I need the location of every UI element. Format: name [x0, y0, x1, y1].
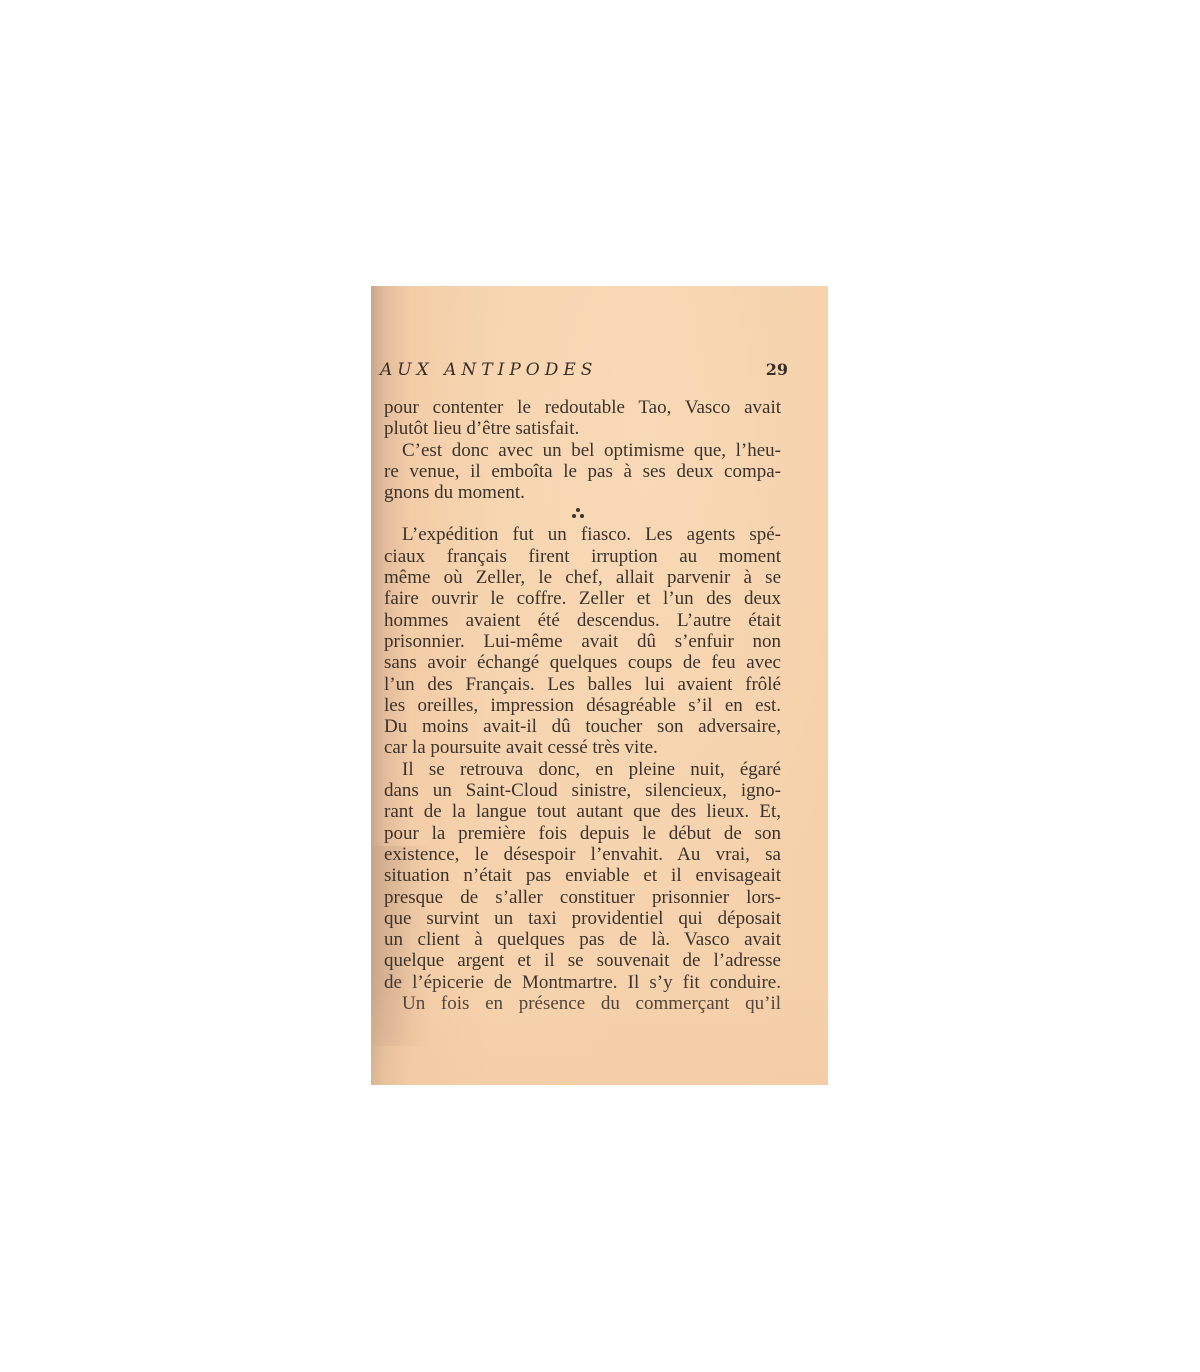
ornament-dot	[572, 514, 576, 518]
text-line: quelque argent et il se souvenait de l’a…	[384, 950, 781, 971]
body-text: pour contenter le redoutable Tao, Vasco …	[384, 397, 781, 1014]
text-line: gnons du moment.	[384, 482, 781, 503]
section-break-ornament	[384, 503, 781, 524]
text-line: pour contenter le redoutable Tao, Vasco …	[384, 397, 781, 418]
text-line: plutôt lieu d’être satisfait.	[384, 418, 781, 439]
text-line: même où Zeller, le chef, allait parvenir…	[384, 567, 781, 588]
text-line: Il se retrouva donc, en pleine nuit, éga…	[384, 759, 781, 780]
text-line: un client à quelques pas de là. Vasco av…	[384, 929, 781, 950]
text-line: rant de la langue tout autant que des li…	[384, 801, 781, 822]
text-line: re venue, il emboîta le pas à ses deux c…	[384, 461, 781, 482]
book-page: AUX ANTIPODES 29 pour contenter le redou…	[371, 286, 828, 1085]
text-line: sans avoir échangé quelques coups de feu…	[384, 652, 781, 673]
text-line: l’un des Français. Les balles lui avaien…	[384, 674, 781, 695]
text-line: existence, le désespoir l’envahit. Au vr…	[384, 844, 781, 865]
text-line: L’expédition fut un fiasco. Les agents s…	[384, 524, 781, 545]
text-line: les oreilles, impression désagréable s’i…	[384, 695, 781, 716]
text-line: presque de s’aller constituer prisonnier…	[384, 887, 781, 908]
text-line: hommes avaient été descendus. L’autre ét…	[384, 610, 781, 631]
text-line: C’est donc avec un bel optimisme que, l’…	[384, 440, 781, 461]
text-line: que survint un taxi providentiel qui dép…	[384, 908, 781, 929]
text-line: situation n’était pas enviable et il env…	[384, 865, 781, 886]
running-head: AUX ANTIPODES 29	[380, 360, 788, 380]
running-title: AUX ANTIPODES	[380, 360, 597, 380]
text-line: faire ouvrir le coffre. Zeller et l’un d…	[384, 588, 781, 609]
text-line: Du moins avait-il dû toucher son adversa…	[384, 716, 781, 737]
text-line: dans un Saint-Cloud sinistre, silencieux…	[384, 780, 781, 801]
text-line: pour la première fois depuis le début de…	[384, 823, 781, 844]
text-line: ciaux français firent irruption au momen…	[384, 546, 781, 567]
page-number: 29	[766, 360, 788, 379]
text-line: car la poursuite avait cessé très vite.	[384, 737, 781, 758]
ornament-dot	[576, 508, 580, 512]
text-line: de l’épicerie de Montmartre. Il s’y fit …	[384, 972, 781, 993]
ornament-dot	[580, 514, 584, 518]
text-line: Un fois en présence du commerçant qu’il	[384, 993, 781, 1014]
text-line: prisonnier. Lui-même avait dû s’enfuir n…	[384, 631, 781, 652]
